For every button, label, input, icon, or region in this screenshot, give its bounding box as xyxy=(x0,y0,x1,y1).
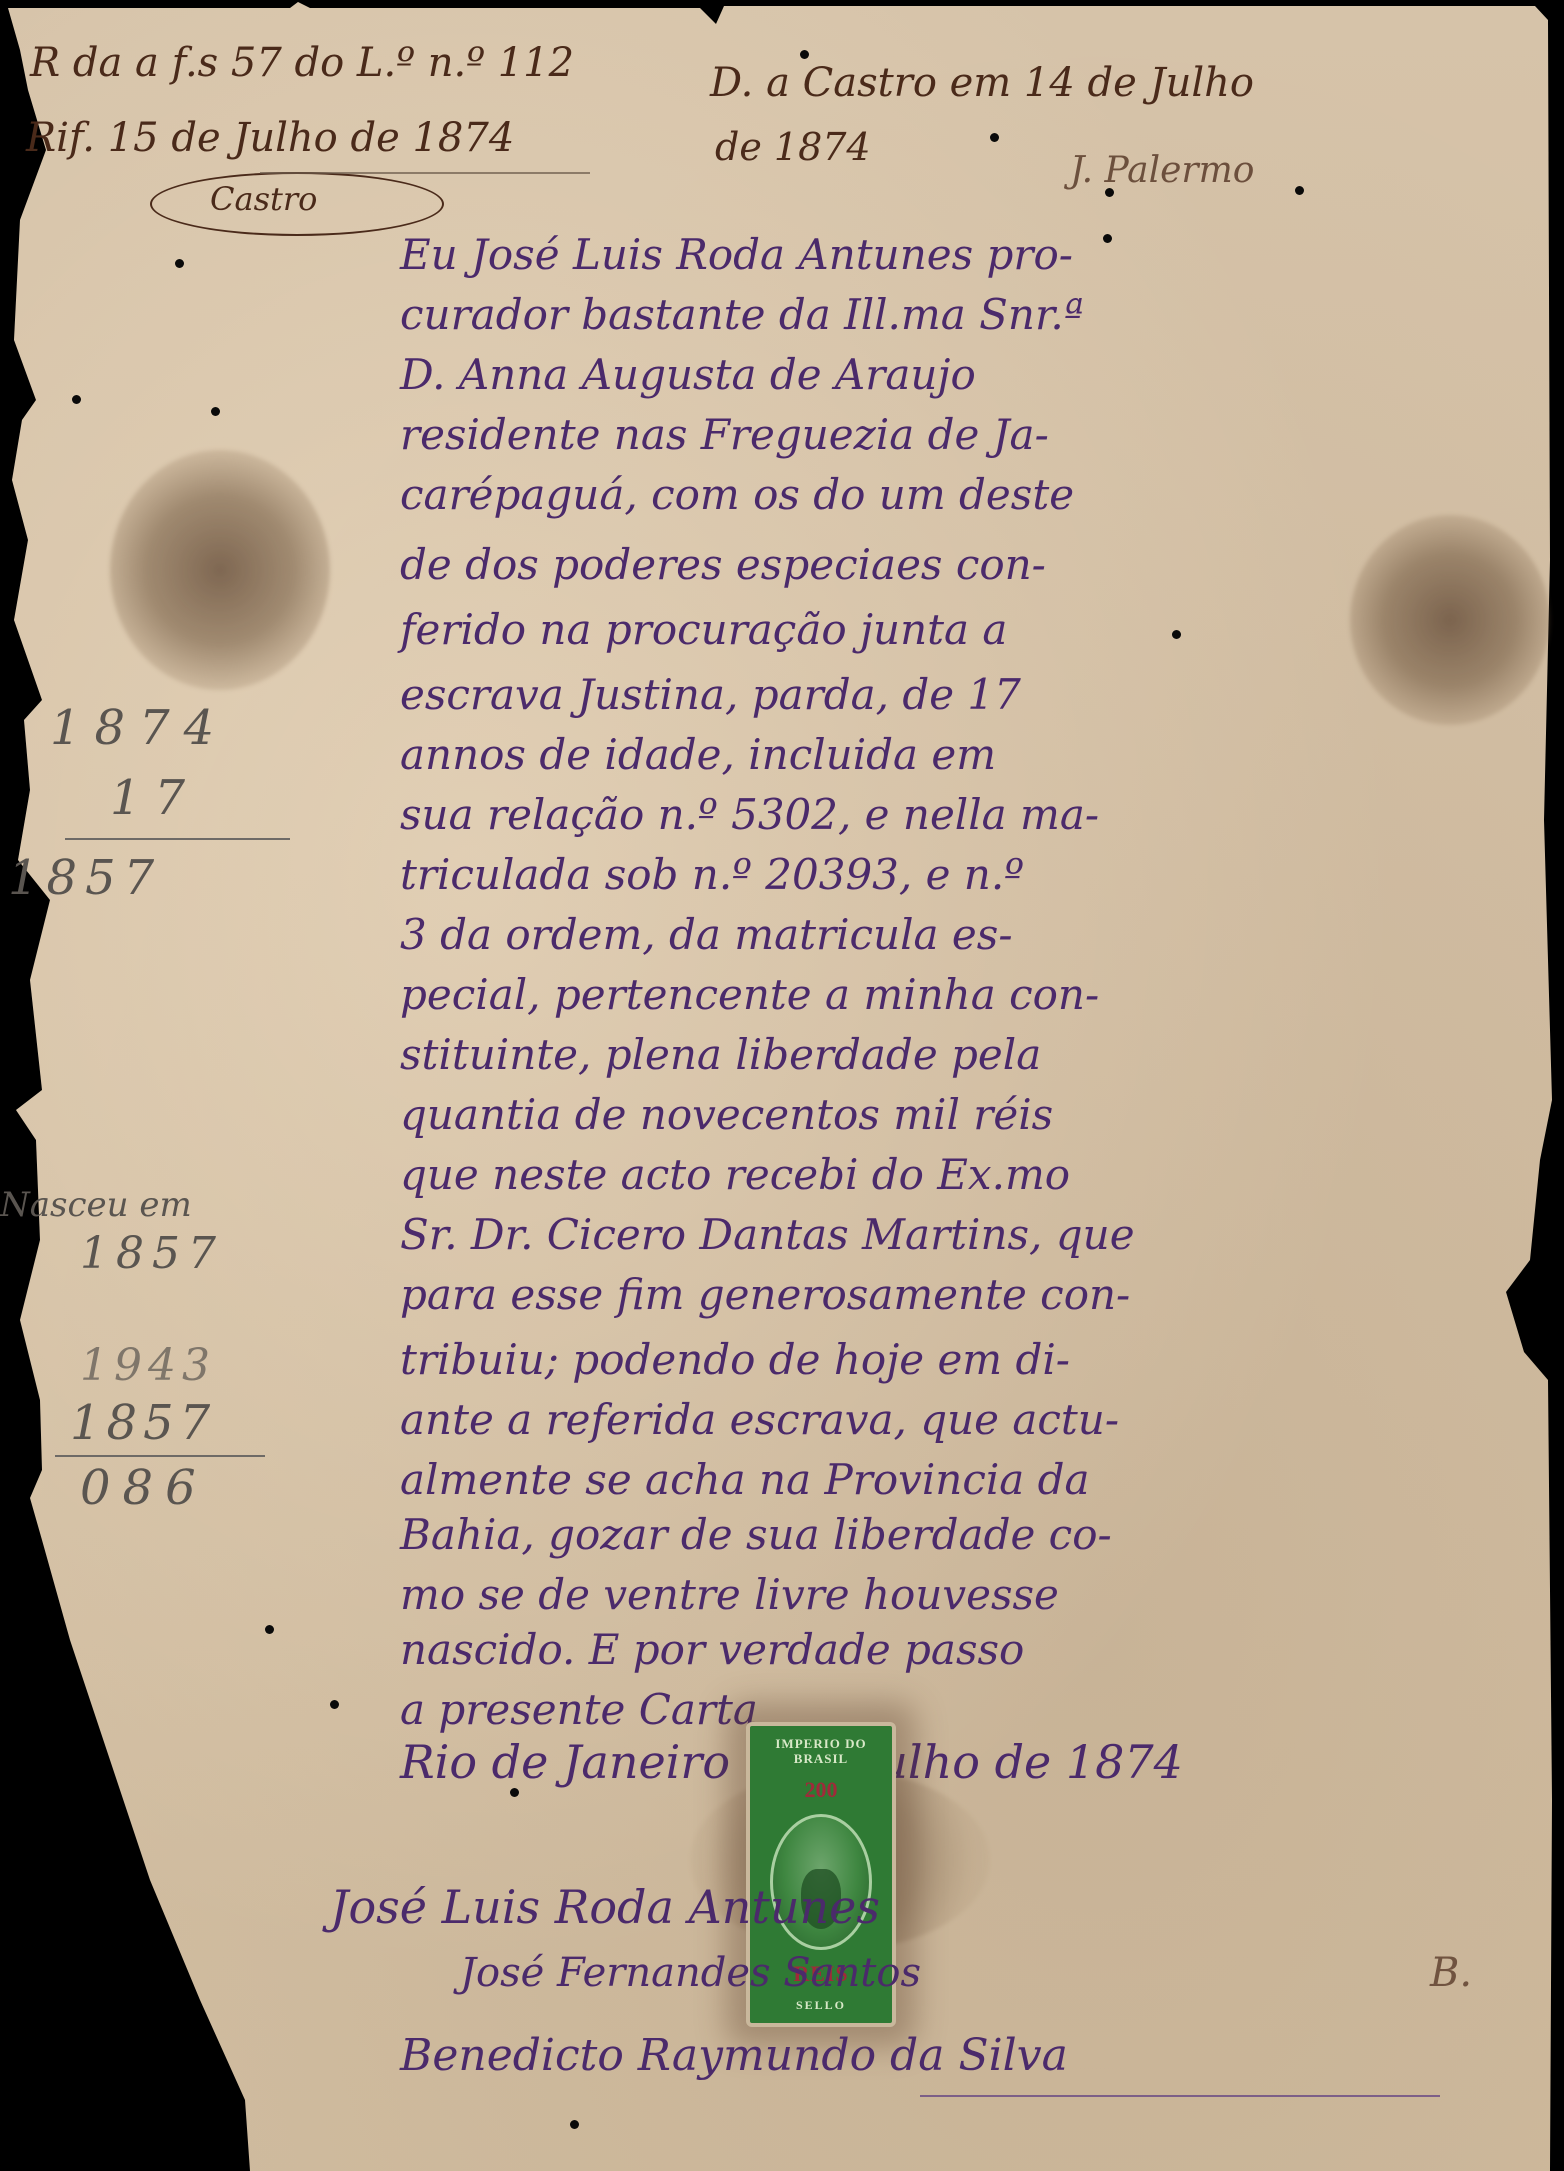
body-line: D. Anna Augusta de Araujo xyxy=(400,350,976,399)
punch-hole xyxy=(570,2120,579,2129)
water-stain-right xyxy=(1350,515,1550,725)
body-line: annos de idade, incluida em xyxy=(400,730,996,779)
body-line: Sr. Dr. Cicero Dantas Martins, que xyxy=(400,1210,1135,1259)
punch-hole xyxy=(211,407,220,416)
registrar-signature: Castro xyxy=(210,180,317,218)
body-line: carépaguá, com os do um deste xyxy=(400,470,1074,519)
margin-calc-1-rule xyxy=(65,838,290,840)
margin-calc-2-result: 086 xyxy=(80,1460,208,1516)
punch-hole xyxy=(265,1625,274,1634)
punch-hole xyxy=(1172,630,1181,639)
punch-hole xyxy=(1295,186,1304,195)
body-line: quantia de novecentos mil réis xyxy=(400,1090,1053,1139)
body-line: pecial, pertencente a minha con- xyxy=(400,970,1099,1019)
punch-hole xyxy=(175,259,184,268)
body-line: triculada sob n.º 20393, e n.º xyxy=(400,850,1024,899)
body-line: tribuiu; podendo de hoje em di- xyxy=(400,1335,1070,1384)
signature-witness-1: José Fernandes Santos xyxy=(460,1950,921,1996)
body-line: 3 da ordem, da matricula es- xyxy=(400,910,1013,959)
body-line: de dos poderes especiaes con- xyxy=(400,540,1046,589)
registry-line-2: Rif. 15 de Julho de 1874 xyxy=(26,115,514,161)
stamp-value: 200 xyxy=(805,1777,838,1803)
registry-underline xyxy=(260,172,590,174)
registry-right-line-1: D. a Castro em 14 de Julho xyxy=(710,60,1254,106)
body-line: ferido na procuração junta a xyxy=(400,605,1007,654)
punch-hole xyxy=(510,1788,519,1797)
body-line: residente nas Freguezia de Ja- xyxy=(400,410,1049,459)
signature-mark: B. xyxy=(1430,1950,1472,1996)
body-line: Bahia, gozar de sua liberdade co- xyxy=(400,1510,1112,1559)
body-line: para esse fim generosamente con- xyxy=(400,1270,1130,1319)
body-line: almente se acha na Provincia da xyxy=(400,1455,1090,1504)
margin-born-label: Nasceu em xyxy=(0,1185,192,1225)
margin-calc-1-result: 1857 xyxy=(8,850,162,906)
water-stain-left xyxy=(110,450,330,690)
body-line: ante a referida escrava, que actu- xyxy=(400,1395,1119,1444)
punch-hole xyxy=(330,1700,339,1709)
registry-line-1: R da a f.s 57 do L.º n.º 112 xyxy=(30,40,574,86)
margin-calc-2-line-1: 1943 xyxy=(80,1340,216,1391)
punch-hole xyxy=(800,50,809,59)
signature-attorney: José Luis Roda Antunes xyxy=(330,1880,880,1934)
registry-right-signature: J. Palermo xyxy=(1070,150,1254,191)
margin-calc-2-line-2: 1857 xyxy=(70,1395,216,1451)
body-line: que neste acto recebi do Ex.mo xyxy=(400,1150,1070,1199)
punch-hole xyxy=(990,133,999,142)
body-line: curador bastante da Ill.ma Snr.ª xyxy=(400,290,1084,339)
margin-calc-1-line-1: 1874 xyxy=(50,700,228,756)
body-line: escrava Justina, parda, de 17 xyxy=(400,670,1021,719)
body-line: a presente Carta xyxy=(400,1685,758,1734)
body-line: mo se de ventre livre houvesse xyxy=(400,1570,1059,1619)
punch-hole xyxy=(1103,234,1112,243)
body-line: sua relação n.º 5302, e nella ma- xyxy=(400,790,1099,839)
body-line: Eu José Luis Roda Antunes pro- xyxy=(400,230,1073,279)
margin-born-year: 1857 xyxy=(80,1228,224,1279)
body-line: nascido. E por verdade passo xyxy=(400,1625,1024,1674)
signature-underline xyxy=(920,2095,1440,2097)
margin-calc-1-line-2: 17 xyxy=(110,770,199,826)
stamp-footer: SELLO xyxy=(796,1998,846,2013)
signature-witness-2: Benedicto Raymundo da Silva xyxy=(400,2030,1068,2081)
margin-calc-2-rule xyxy=(55,1455,265,1457)
stamp-header: IMPERIO DO BRASIL xyxy=(750,1736,892,1766)
punch-hole xyxy=(72,395,81,404)
body-line: stituinte, plena liberdade pela xyxy=(400,1030,1041,1079)
registry-right-line-2: de 1874 xyxy=(715,125,871,169)
